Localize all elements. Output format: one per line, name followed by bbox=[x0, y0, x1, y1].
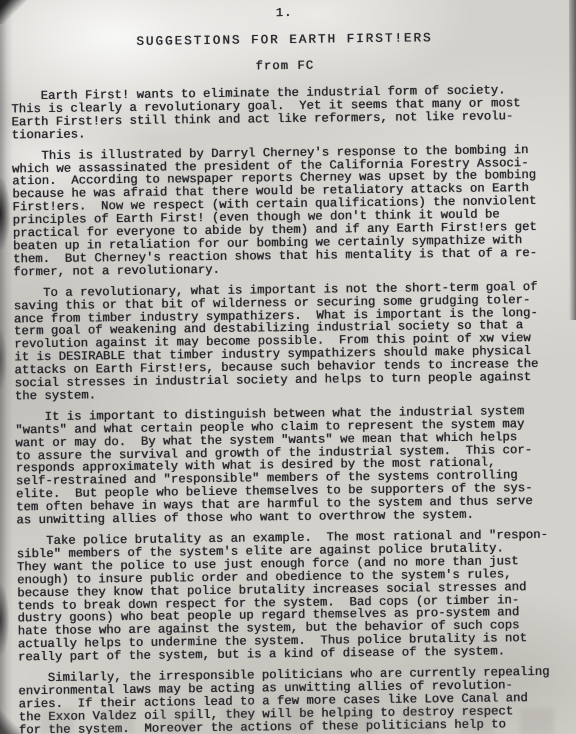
paragraph-5: Take police brutality as an example. The… bbox=[16, 528, 576, 664]
typed-text-layer: 1. SUGGESTIONS FOR EARTH FIRST!ERS from … bbox=[0, 0, 576, 734]
paragraph-6: Similarly, the irresponsible politicians… bbox=[18, 666, 576, 734]
document-byline: from FC bbox=[0, 56, 573, 77]
page-number: 1. bbox=[0, 0, 572, 24]
photographed-typewritten-page: 1. SUGGESTIONS FOR EARTH FIRST!ERS from … bbox=[0, 0, 576, 734]
paragraph-4: It is important to distinguish between w… bbox=[15, 404, 576, 527]
paragraph-1: Earth First! wants to eliminate the indu… bbox=[11, 83, 574, 141]
document-title: SUGGESTIONS FOR EARTH FIRST!ERS bbox=[0, 30, 573, 51]
paragraph-2: This is illustrated by Darryl Cherney's … bbox=[12, 143, 576, 279]
paragraph-3: To a revolutionary, what is important is… bbox=[13, 280, 576, 403]
document-body: Earth First! wants to eliminate the indu… bbox=[0, 83, 576, 734]
